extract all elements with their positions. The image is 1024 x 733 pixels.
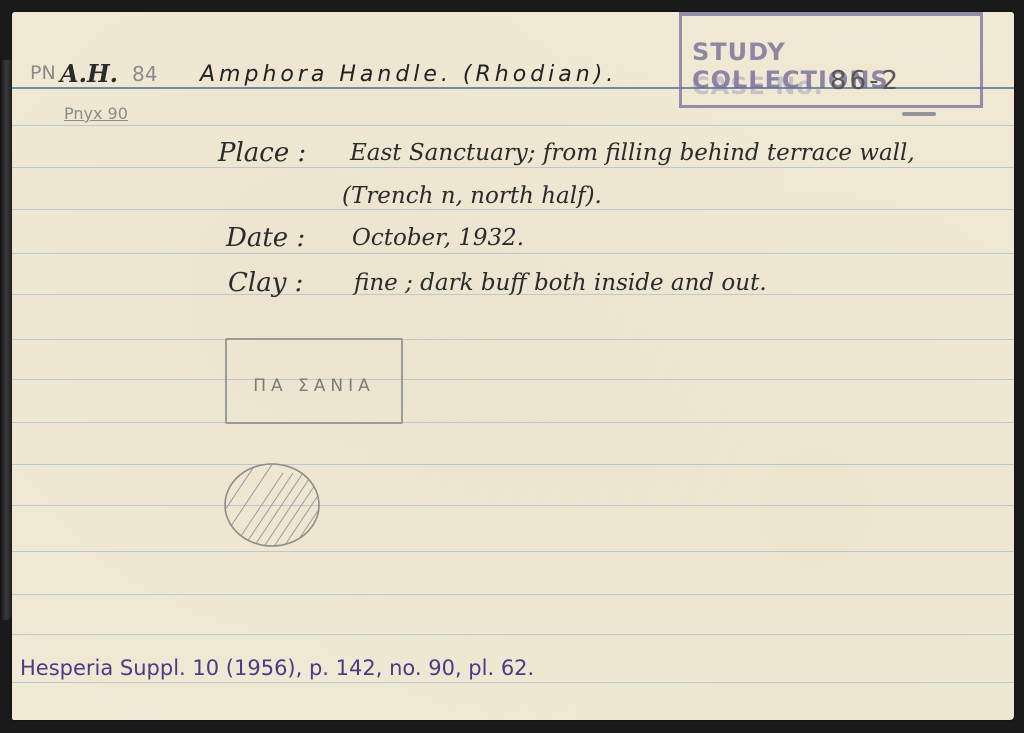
date-value: October, 1932. xyxy=(352,227,524,250)
place-label: Place : xyxy=(218,140,306,166)
study-collections-stamp: STUDY COLLECTIONS CASE No. 86-2 xyxy=(679,12,983,108)
ruled-line xyxy=(12,209,1014,210)
index-card: PN A.H. 84 Amphora Handle. (Rhodian). Pn… xyxy=(12,12,1014,720)
date-label: Date : xyxy=(226,225,305,251)
card-title: Amphora Handle. (Rhodian). xyxy=(200,64,617,86)
bibliographic-reference: Hesperia Suppl. 10 (1956), p. 142, no. 9… xyxy=(20,658,534,679)
ruled-line xyxy=(12,505,1014,506)
hatched-circle-sketch xyxy=(223,463,321,547)
place-value: East Sanctuary; from filling behind terr… xyxy=(350,142,915,165)
case-number: 86-2 xyxy=(830,66,901,96)
catalog-code: A.H. xyxy=(60,62,118,86)
ruled-line xyxy=(12,634,1014,635)
ruled-line xyxy=(12,167,1014,168)
ruled-line xyxy=(12,551,1014,552)
ruled-line xyxy=(12,379,1014,380)
clay-value: fine ; dark buff both inside and out. xyxy=(354,272,767,295)
pnyx-note: Pnyx 90 xyxy=(64,106,128,122)
clay-label: Clay : xyxy=(228,270,303,296)
prefix-pencil: PN xyxy=(30,64,56,83)
ruled-line xyxy=(12,682,1014,683)
ruled-line xyxy=(12,125,1014,126)
scan-backdrop-edge xyxy=(0,60,12,620)
stamp-impression-sketch: ΠΑ ΣΑΝΙΑ xyxy=(225,338,403,424)
ruled-line xyxy=(12,594,1014,595)
stamp-case-label: CASE No. xyxy=(692,72,824,100)
ruled-line xyxy=(12,464,1014,465)
place-continuation: (Trench n, north half). xyxy=(342,185,602,208)
ruled-line xyxy=(12,339,1014,340)
ruled-line xyxy=(12,422,1014,423)
stamp-smudge xyxy=(902,112,936,116)
stamp-impression-text: ΠΑ ΣΑΝΙΑ xyxy=(227,376,401,396)
ruled-line xyxy=(12,253,1014,254)
catalog-number: 84 xyxy=(132,64,157,84)
